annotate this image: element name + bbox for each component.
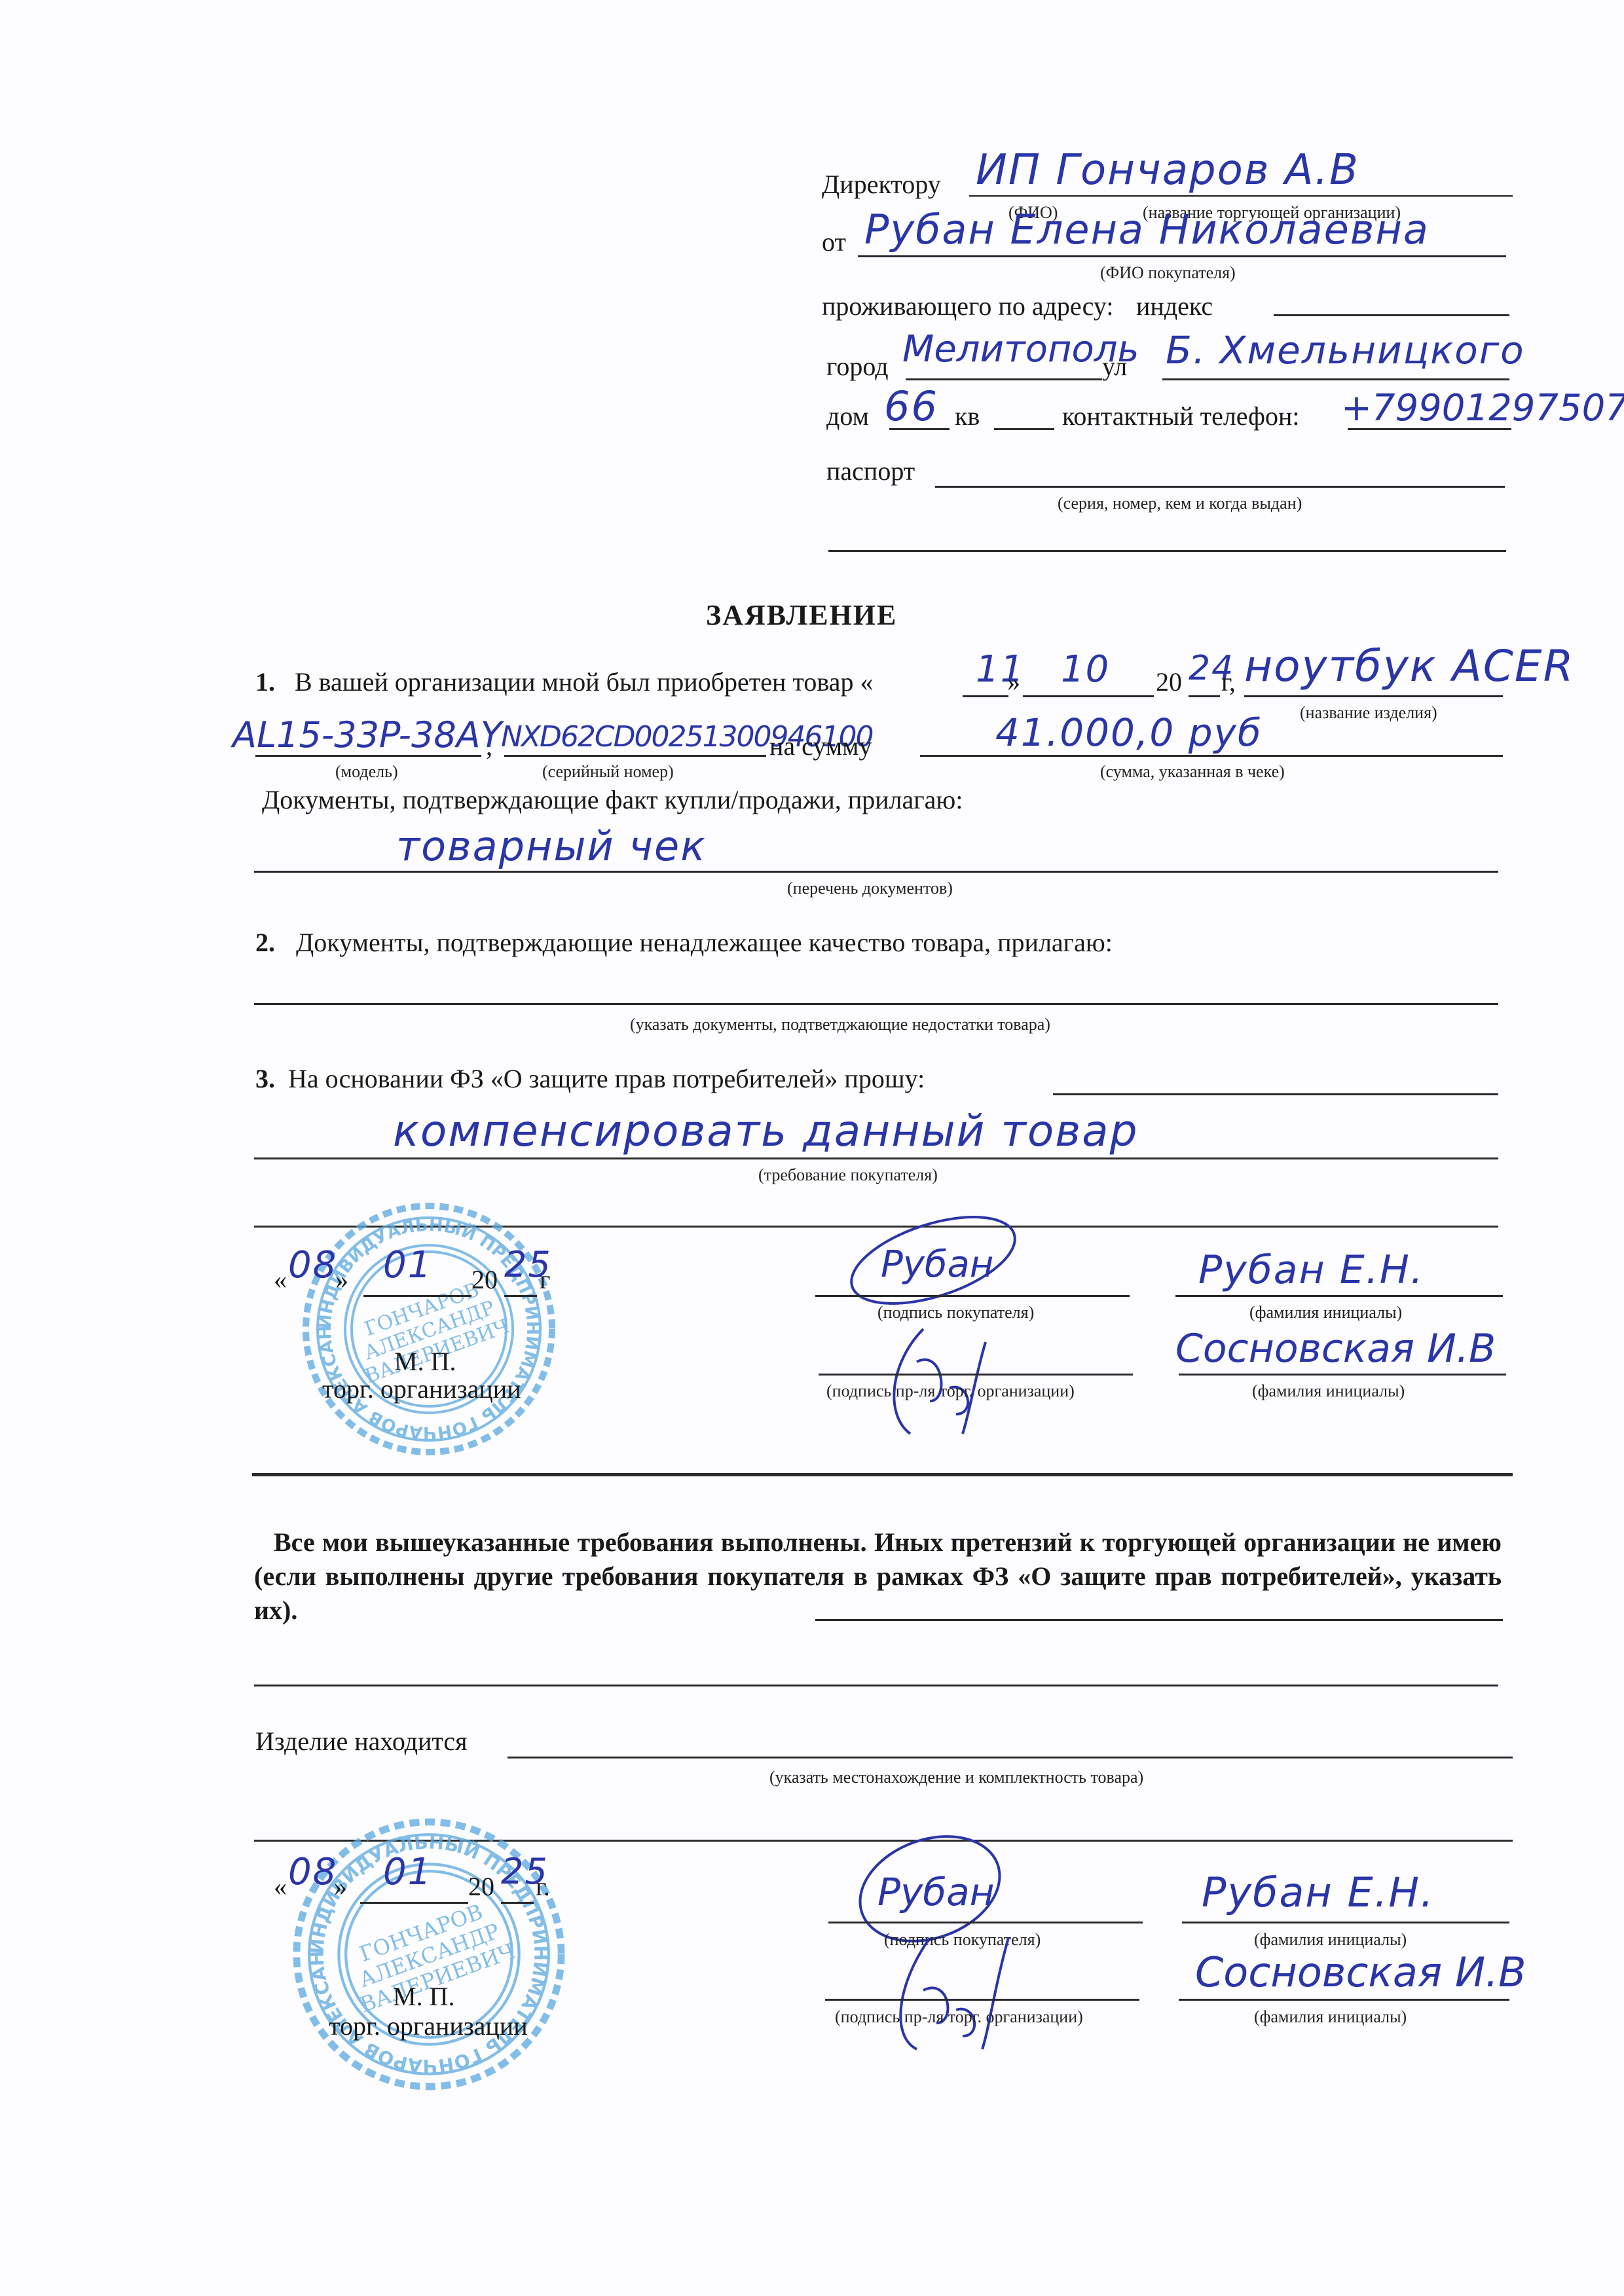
model-underline: [255, 755, 481, 757]
director-value[interactable]: ИП Гончаров А.В: [976, 149, 1359, 191]
section3-text: На основании ФЗ «О защите прав потребите…: [288, 1066, 925, 1092]
serial-caption: (серийный номер): [542, 763, 674, 780]
sign1-buyer-signature-underline: [815, 1295, 1130, 1297]
closing-statement: Все мои вышеуказанные требования выполне…: [254, 1525, 1502, 1628]
sign1-year-underline: [504, 1295, 537, 1297]
sum-caption: (сумма, указанная в чеке): [1100, 763, 1285, 780]
sign2-date-open: «: [274, 1874, 287, 1900]
sign1-mp-label: М. П.: [394, 1349, 456, 1375]
purchase-year-underline: [1189, 695, 1220, 697]
sign1-buyer-name-underline: [1175, 1295, 1503, 1297]
sign1-buyer-signature-caption: (подпись покупателя): [877, 1304, 1034, 1321]
location-label: Изделие находится: [255, 1728, 468, 1755]
purchase-year-prefix: 20: [1156, 669, 1182, 695]
svg-text:Рубан: Рубан: [881, 1243, 993, 1286]
street-value[interactable]: Б. Хмельницкого: [1166, 331, 1525, 369]
sign2-year-prefix: 20: [468, 1874, 494, 1900]
sign2-year-underline: [501, 1902, 534, 1904]
purchase-docs-caption: (перечень документов): [787, 880, 953, 897]
closing-text: Все мои вышеуказанные требования выполне…: [254, 1527, 1502, 1625]
street-underline: [1162, 378, 1509, 380]
demand-caption: (требование покупателя): [758, 1167, 938, 1184]
from-caption: (ФИО покупателя): [1100, 264, 1236, 282]
from-value[interactable]: Рубан Елена Николаевна: [864, 210, 1430, 250]
director-label: Директору: [822, 172, 941, 198]
house-label: дом: [826, 403, 869, 429]
sign2-month[interactable]: 01: [383, 1854, 432, 1891]
purchase-docs-label: Документы, подтверждающие факт купли/про…: [262, 787, 963, 813]
passport-underline-2: [828, 550, 1506, 552]
sum-label: на сумму: [769, 733, 872, 759]
apt-label: кв: [955, 403, 980, 429]
index-label: индекс: [1136, 293, 1213, 319]
sign2-mp-label: М. П.: [393, 1984, 454, 2010]
sign2-date-close: »: [334, 1874, 347, 1900]
index-underline: [1274, 314, 1509, 316]
product-model[interactable]: AL15-33P-38AY: [232, 718, 502, 753]
demand-underline-2: [254, 1157, 1498, 1159]
sign1-buyer-name-caption: (фамилия инициалы): [1249, 1304, 1402, 1321]
sign1-day[interactable]: 08: [288, 1247, 337, 1284]
location-caption: (указать местонахождение и комплектность…: [769, 1769, 1143, 1786]
closing-underline-2: [254, 1685, 1498, 1686]
sign2-rep-name[interactable]: Сосновская И.В: [1195, 1952, 1526, 1993]
phone-label: контактный телефон:: [1062, 403, 1299, 429]
document-title: ЗАЯВЛЕНИЕ: [706, 601, 897, 630]
organization-stamp-icon: ИНДИВИДУАЛЬНЫЙ ПРЕДПРИНИМАТЕЛЬ ГОНЧАРОВ …: [298, 1198, 560, 1460]
sign1-rep-name-caption: (фамилия инициалы): [1252, 1383, 1405, 1400]
model-caption: (модель): [335, 763, 398, 780]
sum-underline: [920, 755, 1503, 757]
sign2-year-mark: г.: [536, 1874, 550, 1900]
product-name[interactable]: ноутбук ACER: [1244, 645, 1574, 688]
passport-label: паспорт: [826, 458, 915, 484]
application-form-page: Директору ИП Гончаров А.В (ФИО) (названи…: [0, 0, 1624, 2296]
sign1-year-mark: г: [540, 1267, 550, 1293]
phone-value[interactable]: +79901297507: [1341, 390, 1624, 427]
sign1-month[interactable]: 01: [383, 1247, 432, 1284]
purchase-docs-value[interactable]: товарный чек: [396, 826, 707, 867]
sign2-rep-name-caption: (фамилия инициалы): [1254, 2009, 1407, 2026]
sign2-month-underline: [360, 1902, 468, 1904]
sign1-year-prefix: 20: [471, 1267, 498, 1293]
demand-underline-1: [1053, 1093, 1498, 1095]
svg-text:Рубан: Рубан: [877, 1870, 995, 1914]
product-name-underline: [1244, 695, 1503, 697]
purchase-year-mark: г,: [1221, 669, 1236, 695]
sign2-rep-name-underline: [1179, 1999, 1509, 2001]
sign1-rep-name-underline: [1179, 1374, 1506, 1376]
house-value[interactable]: 66: [884, 386, 938, 427]
from-underline: [858, 255, 1506, 257]
purchase-day-underline: [963, 695, 1008, 697]
sign1-month-underline: [363, 1295, 471, 1297]
section2-text: Документы, подтверждающие ненадлежащее к…: [296, 930, 1113, 956]
from-label: от: [822, 229, 846, 255]
apt-underline: [994, 428, 1054, 430]
serial-underline: [504, 755, 766, 757]
sign2-mp-org-label: торг. организации: [329, 2013, 528, 2039]
street-label: ул: [1102, 354, 1127, 380]
section3-number: 3.: [255, 1066, 275, 1092]
house-underline: [889, 428, 950, 430]
sign1-rep-name[interactable]: Сосновская И.В: [1175, 1329, 1496, 1368]
sign1-rep-signature-caption: (подпись пр-ля торг. организации): [826, 1383, 1075, 1400]
sign2-rep-signature-caption: (подпись пр-ля торг. организации): [835, 2009, 1083, 2026]
passport-underline: [935, 486, 1505, 488]
sign1-date-close: »: [335, 1267, 348, 1293]
quality-docs-underline: [254, 1003, 1498, 1005]
purchase-month[interactable]: 10: [1061, 651, 1110, 688]
rep-signature-2-icon[interactable]: [884, 1931, 1041, 2056]
sign2-buyer-signature-underline: [828, 1922, 1143, 1923]
sign2-buyer-name-underline: [1182, 1922, 1509, 1923]
section1-number: 1.: [255, 669, 275, 695]
sum-value[interactable]: 41.000,0 руб: [995, 714, 1263, 752]
sign1-buyer-name[interactable]: Рубан Е.Н.: [1198, 1250, 1424, 1290]
city-label: город: [826, 354, 889, 380]
director-underline: [969, 195, 1513, 200]
sign1-date-open: «: [274, 1267, 287, 1293]
section2-number: 2.: [255, 930, 275, 956]
sign2-buyer-name-caption: (фамилия инициалы): [1254, 1931, 1407, 1948]
address-label: проживающего по адресу:: [822, 293, 1114, 319]
purchase-month-underline: [1023, 695, 1154, 697]
city-underline: [906, 378, 1102, 380]
section1-text: В вашей организации мной был приобретен …: [295, 669, 873, 695]
section-divider: [252, 1473, 1513, 1476]
location-underline: [507, 1757, 1513, 1758]
sign2-buyer-name[interactable]: Рубан Е.Н.: [1202, 1872, 1435, 1913]
sign1-rep-signature-underline: [819, 1374, 1133, 1376]
sign2-day[interactable]: 08: [288, 1854, 337, 1891]
passport-caption: (серия, номер, кем и когда выдан): [1058, 495, 1302, 512]
sign2-rep-signature-underline: [825, 1999, 1139, 2001]
purchase-docs-underline: [254, 871, 1498, 873]
sign1-mp-org-label: торг. организации: [322, 1376, 521, 1402]
model-comma: ,: [486, 733, 492, 759]
closing-underline-1: [815, 1619, 1503, 1621]
quality-docs-caption: (указать документы, подтветджающие недос…: [630, 1016, 1050, 1033]
buyer-demand-value[interactable]: компенсировать данный товар: [393, 1110, 1139, 1153]
product-caption: (название изделия): [1300, 704, 1437, 721]
purchase-quote-close: »: [1007, 669, 1020, 695]
phone-underline: [1348, 428, 1511, 430]
